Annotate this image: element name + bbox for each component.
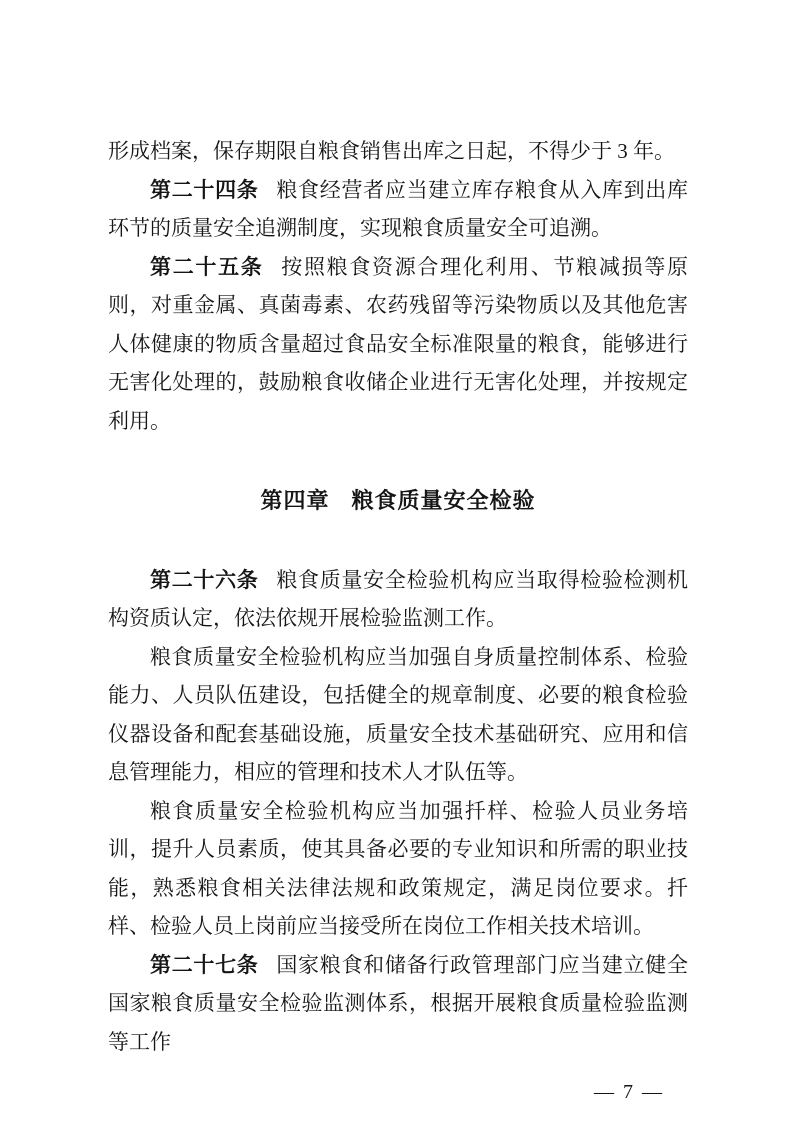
paragraph-article-26: 第二十六条粮食质量安全检验机构应当取得检验检测机构资质认定，依法依规开展检验监测… <box>108 561 688 638</box>
article-25-lead: 第二十五条 <box>150 255 263 279</box>
article-26-2-text: 粮食质量安全检验机构应当加强自身质量控制体系、检验能力、人员队伍建设，包括健全的… <box>108 645 688 785</box>
paragraph-article-25: 第二十五条按照粮食资源合理化利用、节粮减损等原则，对重金属、真菌毒素、农药残留等… <box>108 248 688 441</box>
article-26-3-text: 粮食质量安全检验机构应当加强扦样、检验人员业务培训，提升人员素质，使其具备必要的… <box>108 799 688 939</box>
page-number: — 7 — <box>108 1073 688 1112</box>
chapter-heading: 第四章粮食质量安全检验 <box>108 482 688 521</box>
paragraph-article-24: 第二十四条粮食经营者应当建立库存粮食从入库到出库环节的质量安全追溯制度，实现粮食… <box>108 171 688 248</box>
chapter-heading-number: 第四章 <box>260 488 329 513</box>
document-content: 形成档案，保存期限自粮食销售出库之日起，不得少于 3 年。 第二十四条粮食经营者… <box>0 0 794 1112</box>
article-26-lead: 第二十六条 <box>150 568 259 592</box>
article-24-lead: 第二十四条 <box>150 178 259 202</box>
document-page: 形成档案，保存期限自粮食销售出库之日起，不得少于 3 年。 第二十四条粮食经营者… <box>0 0 794 1123</box>
paragraph-article-27: 第二十七条国家粮食和储备行政管理部门应当建立健全国家粮食质量安全检验监测体系，根… <box>108 946 688 1062</box>
article-25-text: 按照粮食资源合理化利用、节粮减损等原则，对重金属、真菌毒素、农药残留等污染物质以… <box>108 255 688 433</box>
paragraph-continuation: 形成档案，保存期限自粮食销售出库之日起，不得少于 3 年。 <box>108 132 688 171</box>
chapter-heading-title: 粮食质量安全检验 <box>352 488 536 513</box>
paragraph-article-26-2: 粮食质量安全检验机构应当加强自身质量控制体系、检验能力、人员队伍建设，包括健全的… <box>108 638 688 792</box>
article-27-lead: 第二十七条 <box>150 953 259 977</box>
paragraph-article-26-3: 粮食质量安全检验机构应当加强扦样、检验人员业务培训，提升人员素质，使其具备必要的… <box>108 792 688 946</box>
